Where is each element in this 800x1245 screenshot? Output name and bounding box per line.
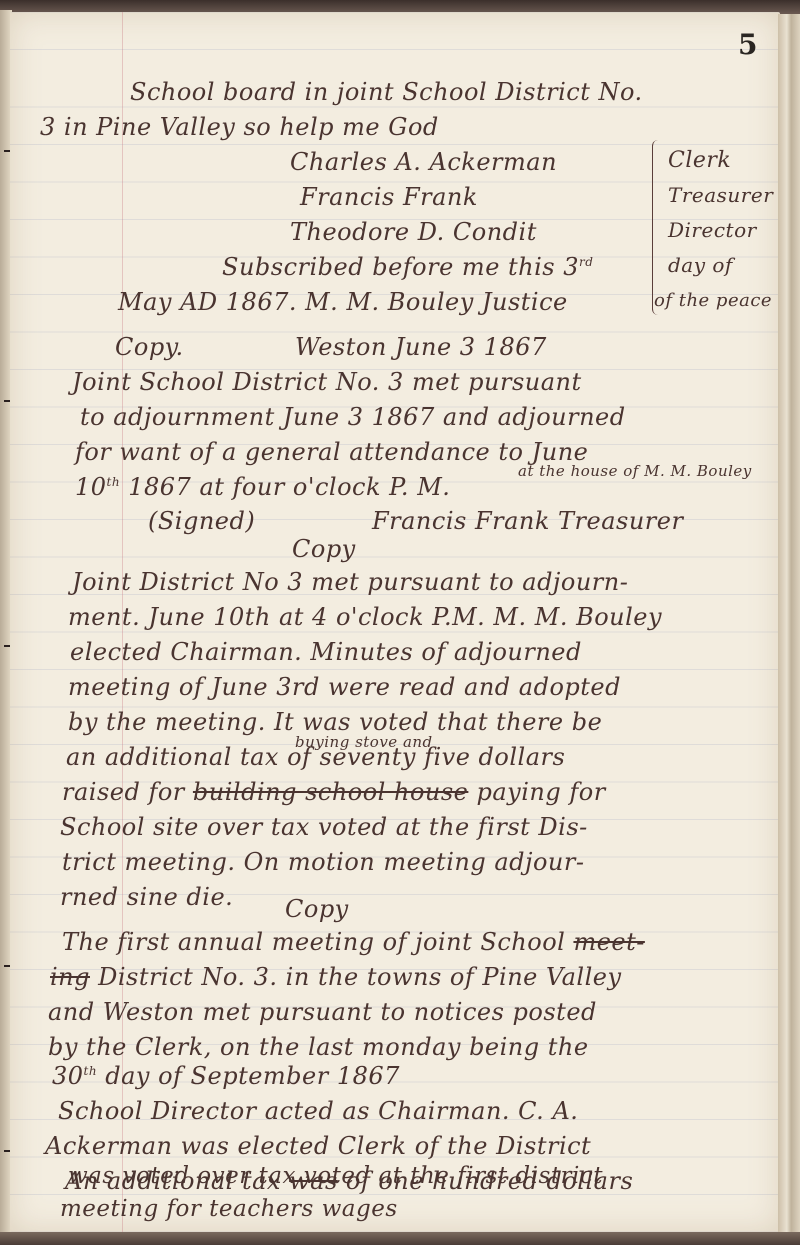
- entry-line: The first annual meeting of joint School…: [62, 928, 645, 956]
- day-number: 30: [52, 1062, 84, 1090]
- entry-text: 1867 at four o'clock P. M.: [120, 473, 450, 501]
- signed-label: (Signed): [148, 507, 255, 535]
- struck-text: ing: [50, 963, 90, 991]
- interlinear-insertion: at the house of M. M. Bouley: [518, 462, 752, 480]
- entry-line: meeting of June 3rd were read and adopte…: [68, 673, 621, 701]
- entry-text: day of September 1867: [97, 1062, 400, 1090]
- entry-line: trict meeting. On motion meeting adjour-: [62, 848, 584, 876]
- entry-line: by the Clerk, on the last monday being t…: [48, 1033, 589, 1061]
- entry-line: Joint District No 3 met pursuant to adjo…: [72, 568, 628, 596]
- signed-name: Francis Frank Treasurer: [372, 507, 683, 535]
- struck-text: building school house: [193, 778, 468, 806]
- entry-line: Joint School District No. 3 met pursuant: [72, 368, 582, 396]
- final-line: meeting for teachers wages: [60, 1196, 398, 1222]
- entry-text: paying for: [468, 778, 605, 806]
- entry-heading-copy: Copy: [292, 535, 356, 563]
- binding-stitch: [4, 400, 10, 402]
- binding-stitch: [4, 965, 10, 967]
- page-edges-right: [778, 14, 800, 1236]
- binding-stitch: [4, 1150, 10, 1152]
- entry-heading-copy: Copy: [285, 895, 349, 923]
- entry-line: 30th day of September 1867: [52, 1062, 400, 1090]
- entry-line: 10th 1867 at four o'clock P. M.: [75, 473, 450, 501]
- entry-line: and Weston met pursuant to notices poste…: [48, 998, 597, 1026]
- entry-line: elected Chairman. Minutes of adjourned: [70, 638, 582, 666]
- signature-name: Theodore D. Condit: [290, 218, 537, 246]
- date-continuation: of the peace: [654, 290, 772, 311]
- entry-text: District No. 3. in the towns of Pine Val…: [90, 963, 622, 991]
- entry-line: School Director acted as Chairman. C. A.: [58, 1097, 578, 1125]
- signature-name: Charles A. Ackerman: [290, 148, 557, 176]
- entry-text: The first annual meeting of joint School: [62, 928, 573, 956]
- subscribed-line: Subscribed before me this 3rd: [222, 253, 593, 281]
- page-number: 5: [738, 28, 757, 61]
- signature-brace: [652, 140, 661, 315]
- signature-name: Francis Frank: [300, 183, 478, 211]
- entry-line: raised for building school house paying …: [62, 778, 606, 806]
- ordinal-suffix: th: [107, 475, 121, 489]
- book-binding-bottom: [0, 1232, 800, 1245]
- entry-line: for want of a general attendance to June: [75, 438, 588, 466]
- date-line: May AD 1867. M. M. Bouley Justice: [118, 288, 568, 316]
- entry-line: by the meeting. It was voted that there …: [68, 708, 602, 736]
- entry-line: to adjournment June 3 1867 and adjourned: [80, 403, 626, 431]
- oath-line: School board in joint School District No…: [130, 78, 643, 106]
- entry-line: ment. June 10th at 4 o'clock P.M. M. M. …: [68, 603, 662, 631]
- struck-text: meet-: [573, 928, 644, 956]
- entry-line: rned sine die.: [60, 883, 233, 911]
- entry-line: Ackerman was elected Clerk of the Distri…: [45, 1132, 591, 1160]
- binding-stitch: [4, 645, 10, 647]
- signature-role: Director: [668, 218, 757, 242]
- oath-line: 3 in Pine Valley so help me God: [40, 113, 439, 141]
- binding-stitch: [4, 150, 10, 152]
- interlinear-insertion: buying stove and: [295, 733, 433, 751]
- day-number: 10: [75, 473, 107, 501]
- entry-line: ing District No. 3. in the towns of Pine…: [50, 963, 622, 991]
- entry-text: raised for: [62, 778, 193, 806]
- entry-heading-place: Weston June 3 1867: [295, 333, 547, 361]
- ordinal-suffix: rd: [579, 255, 593, 269]
- ordinal-suffix: th: [84, 1064, 98, 1078]
- entry-line: School site over tax voted at the first …: [60, 813, 588, 841]
- subscribed-text: Subscribed before me this 3: [222, 253, 579, 281]
- entry-heading-copy: Copy.: [115, 333, 184, 361]
- subscribed-continuation: day of: [668, 253, 733, 277]
- entry-line: was voted over tax voted at the first di…: [68, 1163, 603, 1189]
- signature-role: Clerk: [668, 148, 731, 173]
- signature-role: Treasurer: [668, 183, 773, 207]
